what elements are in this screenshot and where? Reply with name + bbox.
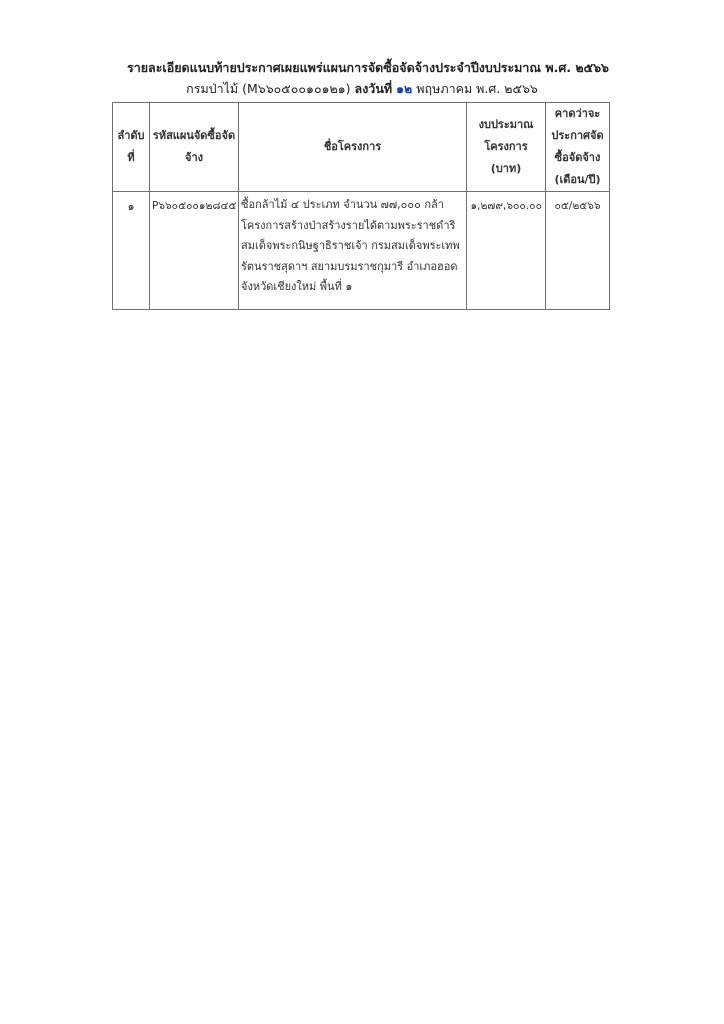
cell-plan-code: P๖๖๐๕๐๐๑๒๘๔๕ — [150, 192, 239, 310]
cell-no: ๑ — [113, 192, 150, 310]
table-row: ๑ P๖๖๐๕๐๐๑๒๘๔๕ ซื้อกล้าไม้ ๔ ประเภท จำนว… — [113, 192, 610, 310]
date-day: ๑๒ — [396, 81, 412, 96]
date-month-year: พฤษภาคม พ.ศ. ๒๕๖๖ — [416, 81, 538, 96]
header-plan-code: รหัสแผนจัดซื้อจัด จ้าง — [150, 103, 239, 192]
header-text: ซื้อจัดจ้าง — [546, 147, 609, 169]
header-expected-date: คาดว่าจะ ประกาศจัด ซื้อจัดจ้าง (เดือน/ปี… — [546, 103, 610, 192]
header-text: (บาท) — [467, 158, 545, 180]
header-text: โครงการ — [467, 136, 545, 158]
header-text: จ้าง — [150, 147, 238, 169]
header-text: ประกาศจัด — [546, 125, 609, 147]
header-no: ลำดับ ที่ — [113, 103, 150, 192]
header-text: ที่ — [113, 147, 149, 169]
document-subtitle: กรมป่าไม้ (M๖๖๐๕๐๐๑๐๑๒๑) ลงวันที่ ๑๒ พฤษ… — [0, 79, 724, 99]
header-text: ชื่อโครงการ — [239, 136, 466, 158]
document-title: รายละเอียดแนบท้ายประกาศเผยแพร่แผนการจัดซ… — [0, 58, 724, 78]
table-header-row: ลำดับ ที่ รหัสแผนจัดซื้อจัด จ้าง ชื่อโคร… — [113, 103, 610, 192]
header-text: ลำดับ — [113, 125, 149, 147]
procurement-plan-table: ลำดับ ที่ รหัสแผนจัดซื้อจัด จ้าง ชื่อโคร… — [112, 102, 610, 310]
cell-expected-date: ๐๕/๒๕๖๖ — [546, 192, 610, 310]
header-text: งบประมาณ — [467, 114, 545, 136]
cell-budget: ๑,๒๗๙,๖๐๐.๐๐ — [467, 192, 546, 310]
department-code: กรมป่าไม้ (M๖๖๐๕๐๐๑๐๑๒๑) — [186, 81, 350, 96]
header-project-name: ชื่อโครงการ — [239, 103, 467, 192]
header-text: คาดว่าจะ — [546, 103, 609, 125]
header-text: (เดือน/ปี) — [546, 169, 609, 191]
cell-project-name: ซื้อกล้าไม้ ๔ ประเภท จำนวน ๗๗,๐๐๐ กล้า โ… — [239, 192, 467, 310]
header-text: รหัสแผนจัดซื้อจัด — [150, 125, 238, 147]
header-budget: งบประมาณ โครงการ (บาท) — [467, 103, 546, 192]
date-label: ลงวันที่ — [355, 81, 393, 96]
